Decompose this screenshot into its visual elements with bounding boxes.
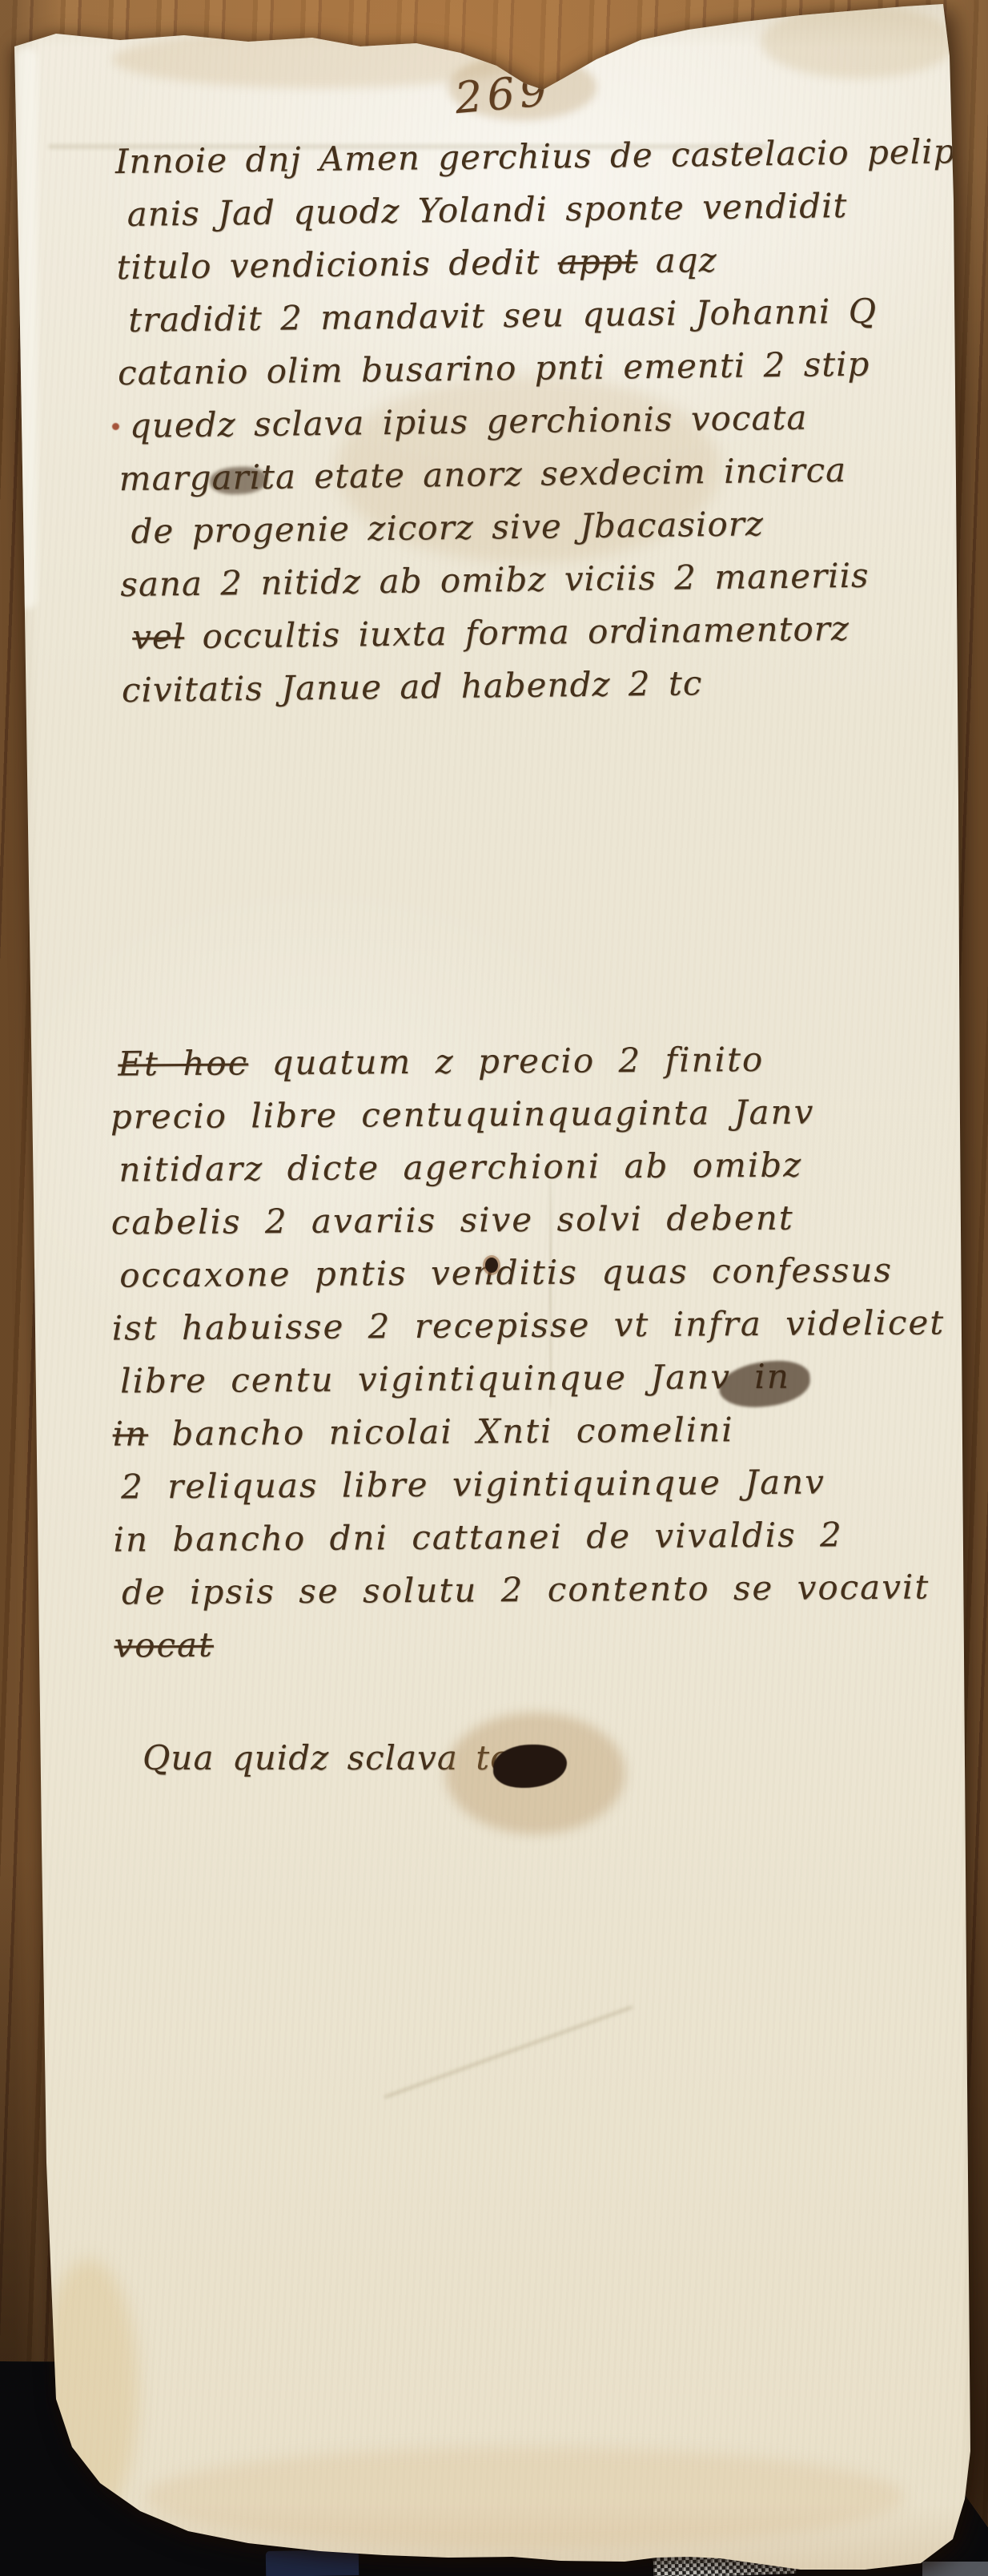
text-block-price-clause: Et hoc quatum z precio 2 finitoprecio li… — [110, 1038, 947, 1678]
stain — [144, 2447, 905, 2547]
struck-word: appt — [557, 241, 637, 281]
manuscript-line: precio libre centuquinquaginta Janv — [110, 1091, 944, 1149]
manuscript-line: nitidarz dicte agerchioni ab omibz — [110, 1144, 944, 1202]
manuscript-text: cabelis 2 avariis sive solvi debent — [111, 1198, 794, 1242]
manuscript-text: nitidarz dicte agerchioni ab omibz — [118, 1145, 802, 1189]
manuscript-text: libre centu vigintiquinque Janv in — [120, 1357, 790, 1401]
ink-tick-mark — [559, 56, 573, 69]
document-page: 269 Innoie dnj Amen gerchius de castelac… — [0, 0, 988, 2576]
manuscript-line: vocat — [114, 1620, 947, 1678]
manuscript-text: de ipsis se solutu 2 contento se vocavit — [122, 1568, 930, 1612]
manuscript-text: ist habuisse 2 recepisse vt infra videli… — [112, 1302, 946, 1347]
manuscript-text: precio libre centuquinquaginta Janv — [110, 1093, 815, 1137]
manuscript-text: de progenie zicorz sive Jbacasiorz — [131, 504, 764, 551]
manuscript-text: anis Jad quodz Yolandi sponte vendidit — [127, 186, 847, 234]
manuscript-line: libre centu vigintiquinque Janv in — [112, 1355, 946, 1414]
struck-word: vel — [132, 617, 185, 657]
manuscript-text: aqz — [637, 240, 717, 280]
paper-hole — [485, 1258, 498, 1273]
stain — [761, 5, 957, 78]
manuscript-text: sana 2 nitidz ab omibz viciis 2 maneriis — [120, 556, 870, 604]
manuscript-text: margarita etate anorz sexdecim incirca — [118, 450, 846, 498]
deckled-edge-highlight — [16, 48, 37, 609]
manuscript-line: ist habuisse 2 recepisse vt infra videli… — [112, 1302, 946, 1361]
manuscript-line: de ipsis se solutu 2 contento se vocavit — [114, 1567, 947, 1625]
manuscript-text: catanio olim busarino pnti ementi 2 stip — [118, 344, 870, 392]
manuscript-text: quatum z precio 2 finito — [248, 1040, 764, 1082]
manuscript-line: cabelis 2 avariis sive solvi debent — [111, 1197, 945, 1255]
stain — [38, 2259, 139, 2523]
manuscript-text: titulo vendicionis dedit — [116, 242, 558, 287]
manuscript-text: occultis iuxta forma ordinamentorz — [184, 609, 849, 656]
manuscript-line: in bancho dni cattanei de vivaldis 2 — [113, 1514, 946, 1572]
manuscript-text: in bancho dni cattanei de vivaldis 2 — [113, 1515, 843, 1559]
text-block-opening-clause: Innoie dnj Amen gerchius de castelacio p… — [115, 131, 988, 723]
page-number: 269 — [452, 65, 553, 123]
manuscript-text: bancho nicolai Xnti comelini — [148, 1410, 734, 1453]
manuscript-line: Et hoc quatum z precio 2 finito — [110, 1038, 943, 1097]
manuscript-line: civitatis Janue ad habendz 2 tc — [122, 659, 988, 723]
manuscript-line: 2 reliquas libre vigintiquinque Janv — [113, 1461, 946, 1519]
struck-word: in — [112, 1414, 148, 1453]
manuscript-text: civitatis Janue ad habendz 2 tc — [122, 663, 703, 710]
manuscript-text: occaxone pntis venditis quas confessus — [119, 1250, 893, 1295]
struck-word: vocat — [114, 1625, 214, 1665]
manuscript-text: 2 reliquas libre vigintiquinque Janv — [121, 1462, 825, 1506]
struck-word: Et hoc — [118, 1043, 248, 1083]
photograph: 269 Innoie dnj Amen gerchius de castelac… — [0, 0, 988, 2576]
manuscript-text: tradidit 2 mandavit seu quasi Johanni Q — [128, 292, 877, 340]
manuscript-line: in bancho nicolai Xnti comelini — [112, 1408, 946, 1467]
manuscript-line: occaxone pntis venditis quas confessus — [111, 1250, 945, 1308]
document-page-wrapper: 269 Innoie dnj Amen gerchius de castelac… — [0, 0, 988, 2576]
manuscript-text: quedz sclava ipius gerchionis vocata — [130, 398, 808, 445]
